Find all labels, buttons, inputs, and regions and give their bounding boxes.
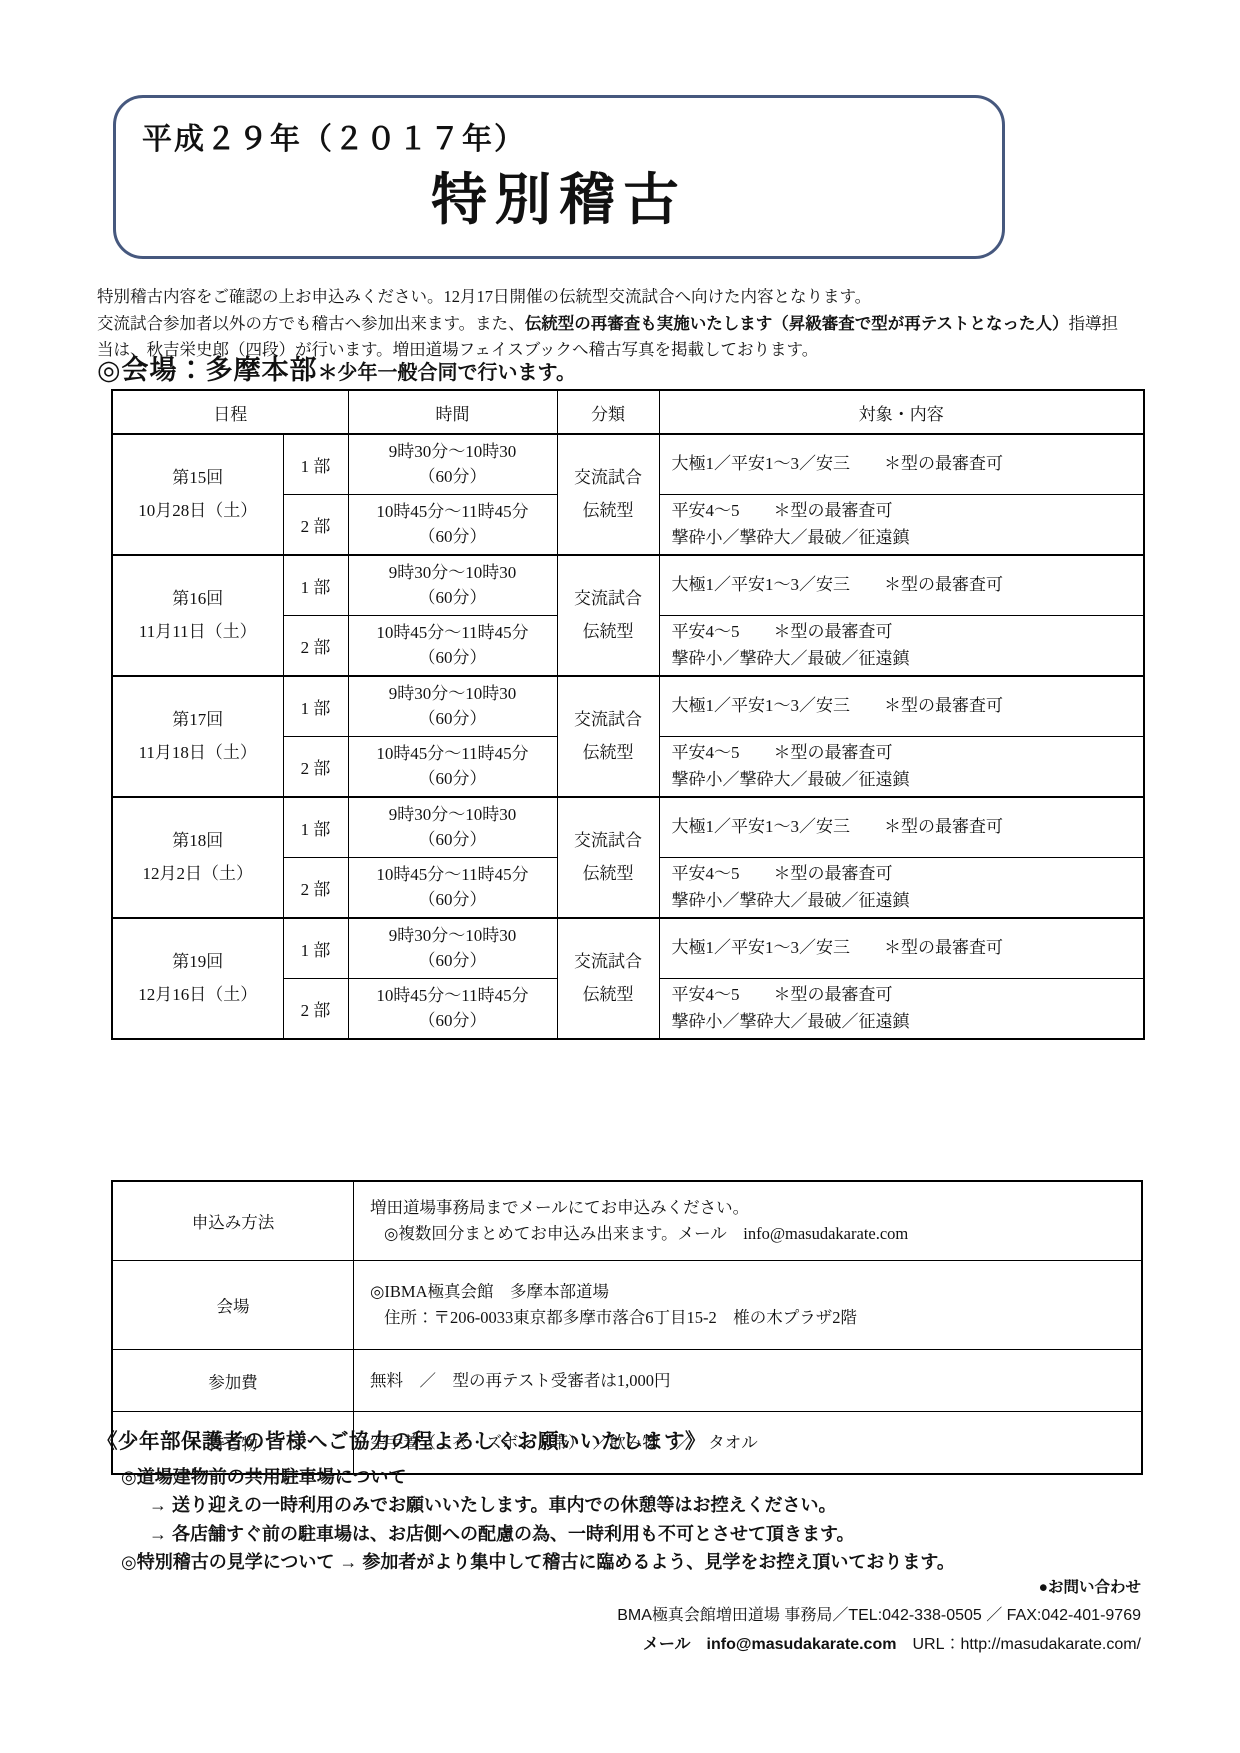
session-category-1: 交流試合 xyxy=(558,462,659,494)
part2-content-line1: 平安4～5 ＊型の最審査可 xyxy=(672,982,1144,1008)
part2-label-cell: 2 部 xyxy=(283,616,348,677)
session-round-cell: 第17回 11月18日（土） xyxy=(112,676,283,797)
part1-label-cell: 1 部 xyxy=(283,555,348,616)
part2-label-cell: 2 部 xyxy=(283,495,348,556)
contact-email: メール info@masudakarate.com xyxy=(643,1636,897,1653)
intro-line-2: 交流試合参加者以外の方でも稽古へ参加出来ます。また、伝統型の再審査も実施いたしま… xyxy=(97,311,1147,338)
session-category-2: 伝統型 xyxy=(558,737,659,769)
parents-note-item-parking: ◎道場建物前の共用駐車場について xyxy=(97,1463,1157,1491)
venue-heading-main: ◎会場：多摩本部 xyxy=(97,355,318,385)
session-category-cell: 交流試合 伝統型 xyxy=(557,918,659,1039)
session-date: 10月28日（土） xyxy=(113,495,283,527)
contact-phone-line: BMA極真会館増田道場 事務局／TEL:042-338-0505 ／ FAX:0… xyxy=(617,1602,1141,1631)
part2-label-cell: 2 部 xyxy=(283,979,348,1040)
session-round: 第17回 xyxy=(113,704,283,736)
col-header-time: 時間 xyxy=(348,390,557,434)
session-category-cell: 交流試合 伝統型 xyxy=(557,797,659,918)
part1-label-cell: 1 部 xyxy=(283,676,348,737)
info-row-apply: 申込み方法 増田道場事務局までメールにてお申込みください。 ◎複数回分まとめてお… xyxy=(112,1181,1142,1261)
info-fee-line1: 無料 ／ 型の再テスト受審者は1,000円 xyxy=(370,1368,1131,1394)
session-date: 11月18日（土） xyxy=(113,737,283,769)
info-row-fee: 参加費 無料 ／ 型の再テスト受審者は1,000円 xyxy=(112,1350,1142,1412)
part1-content-cell: 大極1／平安1～3／安三 ＊型の最審査可 xyxy=(659,555,1144,616)
info-label-fee: 参加費 xyxy=(112,1350,354,1412)
session-category-1: 交流試合 xyxy=(558,704,659,736)
part2-label-cell: 2 部 xyxy=(283,858,348,919)
part2-time-cell: 10時45分～11時45分 （60分） xyxy=(348,616,557,677)
part1-label-cell: 1 部 xyxy=(283,434,348,495)
part2-content-line1: 平安4～5 ＊型の最審査可 xyxy=(672,498,1144,524)
part2-time-duration: （60分） xyxy=(349,767,557,792)
part1-time-range: 9時30分～10時30 xyxy=(349,803,557,828)
part2-content-cell: 平安4～5 ＊型の最審査可 撃砕小／撃砕大／最破／征遠鎮 xyxy=(659,979,1144,1040)
part1-time-cell: 9時30分～10時30 （60分） xyxy=(348,555,557,616)
part2-time-cell: 10時45分～11時45分 （60分） xyxy=(348,858,557,919)
col-header-target: 対象・内容 xyxy=(659,390,1144,434)
session-date: 12月2日（土） xyxy=(113,858,283,890)
info-apply-line1: 増田道場事務局までメールにてお申込みください。 xyxy=(370,1195,1131,1221)
session-category-2: 伝統型 xyxy=(558,979,659,1011)
session-round: 第18回 xyxy=(113,825,283,857)
part1-label-cell: 1 部 xyxy=(283,797,348,858)
part1-time-cell: 9時30分～10時30 （60分） xyxy=(348,797,557,858)
part1-time-range: 9時30分～10時30 xyxy=(349,440,557,465)
venue-heading: ◎会場：多摩本部＊少年一般合同で行います。 xyxy=(97,348,1147,387)
parents-note-item-shops: → 各店舗すぐ前の駐車場は、お店側への配慮の為、一時利用も不可とさせて頂きます。 xyxy=(97,1520,1157,1548)
session-round: 第15回 xyxy=(113,462,283,494)
session-row-part1: 第18回 12月2日（土） 1 部 9時30分～10時30 （60分） 交流試合… xyxy=(112,797,1144,858)
parents-note-section: 《少年部保護者の皆様へご協力の程よろしくお願いいたします》 ◎道場建物前の共用駐… xyxy=(97,1424,1157,1577)
part2-content-line2: 撃砕小／撃砕大／最破／征遠鎮 xyxy=(672,888,1144,914)
part1-time-duration: （60分） xyxy=(349,586,557,611)
part1-label-cell: 1 部 xyxy=(283,918,348,979)
era-label: 平成２９年（２０１７年） xyxy=(142,114,526,158)
part1-time-duration: （60分） xyxy=(349,465,557,490)
part2-time-duration: （60分） xyxy=(349,1009,557,1034)
part2-content-cell: 平安4～5 ＊型の最審査可 撃砕小／撃砕大／最破／征遠鎮 xyxy=(659,858,1144,919)
part1-time-cell: 9時30分～10時30 （60分） xyxy=(348,918,557,979)
parents-note-heading: 《少年部保護者の皆様へご協力の程よろしくお願いいたします》 xyxy=(97,1424,1157,1454)
part2-time-cell: 10時45分～11時45分 （60分） xyxy=(348,979,557,1040)
part2-content-line2: 撃砕小／撃砕大／最破／征遠鎮 xyxy=(672,525,1144,551)
part2-time-duration: （60分） xyxy=(349,646,557,671)
session-category-2: 伝統型 xyxy=(558,858,659,890)
intro-line-2-pre: 交流試合参加者以外の方でも稽古へ参加出来ます。また、 xyxy=(97,314,525,333)
part1-content-cell: 大極1／平安1～3／安三 ＊型の最審査可 xyxy=(659,676,1144,737)
session-round-cell: 第19回 12月16日（土） xyxy=(112,918,283,1039)
part2-time-range: 10時45分～11時45分 xyxy=(349,863,557,888)
session-round: 第16回 xyxy=(113,583,283,615)
info-value-apply: 増田道場事務局までメールにてお申込みください。 ◎複数回分まとめてお申込み出来ま… xyxy=(354,1181,1143,1261)
session-round-cell: 第16回 11月11日（土） xyxy=(112,555,283,676)
session-category-cell: 交流試合 伝統型 xyxy=(557,555,659,676)
doc-title: 特別稽古 xyxy=(116,156,1002,236)
session-category-2: 伝統型 xyxy=(558,616,659,648)
contact-url: URL：http://masudakarate.com/ xyxy=(896,1636,1141,1653)
part2-content-cell: 平安4～5 ＊型の最審査可 撃砕小／撃砕大／最破／征遠鎮 xyxy=(659,495,1144,556)
session-round-cell: 第18回 12月2日（土） xyxy=(112,797,283,918)
session-round: 第19回 xyxy=(113,946,283,978)
part2-content-line1: 平安4～5 ＊型の最審査可 xyxy=(672,619,1144,645)
intro-line-2-post: 指導担 xyxy=(1069,314,1119,333)
session-date: 12月16日（土） xyxy=(113,979,283,1011)
session-category-cell: 交流試合 伝統型 xyxy=(557,676,659,797)
schedule-table: 日程 時間 分類 対象・内容 第15回 10月28日（土） 1 部 9時30分～… xyxy=(111,389,1145,1040)
part2-content-line2: 撃砕小／撃砕大／最破／征遠鎮 xyxy=(672,767,1144,793)
venue-heading-note: ＊少年一般合同で行います。 xyxy=(318,362,576,384)
part1-time-cell: 9時30分～10時30 （60分） xyxy=(348,676,557,737)
part1-time-range: 9時30分～10時30 xyxy=(349,561,557,586)
session-category-2: 伝統型 xyxy=(558,495,659,527)
part1-time-cell: 9時30分～10時30 （60分） xyxy=(348,434,557,495)
part1-time-duration: （60分） xyxy=(349,949,557,974)
session-round-cell: 第15回 10月28日（土） xyxy=(112,434,283,555)
contact-email-line: メール info@masudakarate.com URL：http://mas… xyxy=(617,1631,1141,1660)
part2-time-cell: 10時45分～11時45分 （60分） xyxy=(348,495,557,556)
info-value-venue: ◎IBMA極真会館 多摩本部道場 住所：〒206-0033東京都多摩市落合6丁目… xyxy=(354,1261,1143,1350)
part1-time-range: 9時30分～10時30 xyxy=(349,924,557,949)
session-category-1: 交流試合 xyxy=(558,825,659,857)
part2-content-line2: 撃砕小／撃砕大／最破／征遠鎮 xyxy=(672,1009,1144,1035)
col-header-date: 日程 xyxy=(112,390,348,434)
session-category-1: 交流試合 xyxy=(558,946,659,978)
part2-time-range: 10時45分～11時45分 xyxy=(349,742,557,767)
part2-time-range: 10時45分～11時45分 xyxy=(349,621,557,646)
session-row-part1: 第16回 11月11日（土） 1 部 9時30分～10時30 （60分） 交流試… xyxy=(112,555,1144,616)
part1-time-range: 9時30分～10時30 xyxy=(349,682,557,707)
title-box: 平成２９年（２０１７年） 特別稽古 xyxy=(113,95,1005,259)
part1-content-cell: 大極1／平安1～3／安三 ＊型の最審査可 xyxy=(659,918,1144,979)
schedule-header-row: 日程 時間 分類 対象・内容 xyxy=(112,390,1144,434)
part1-content-cell: 大極1／平安1～3／安三 ＊型の最審査可 xyxy=(659,434,1144,495)
session-row-part1: 第17回 11月18日（土） 1 部 9時30分～10時30 （60分） 交流試… xyxy=(112,676,1144,737)
part1-content-cell: 大極1／平安1～3／安三 ＊型の最審査可 xyxy=(659,797,1144,858)
part2-content-line1: 平安4～5 ＊型の最審査可 xyxy=(672,740,1144,766)
footer-contact: ●お問い合わせ BMA極真会館増田道場 事務局／TEL:042-338-0505… xyxy=(617,1574,1141,1659)
part2-time-cell: 10時45分～11時45分 （60分） xyxy=(348,737,557,798)
info-value-fee: 無料 ／ 型の再テスト受審者は1,000円 xyxy=(354,1350,1143,1412)
session-row-part1: 第19回 12月16日（土） 1 部 9時30分～10時30 （60分） 交流試… xyxy=(112,918,1144,979)
session-row-part1: 第15回 10月28日（土） 1 部 9時30分～10時30 （60分） 交流試… xyxy=(112,434,1144,495)
info-venue-line2: 住所：〒206-0033東京都多摩市落合6丁目15-2 椎の木プラザ2階 xyxy=(370,1305,1131,1331)
part2-label-cell: 2 部 xyxy=(283,737,348,798)
col-header-category: 分類 xyxy=(557,390,659,434)
session-category-cell: 交流試合 伝統型 xyxy=(557,434,659,555)
part2-content-cell: 平安4～5 ＊型の最審査可 撃砕小／撃砕大／最破／征遠鎮 xyxy=(659,737,1144,798)
info-venue-line1: ◎IBMA極真会館 多摩本部道場 xyxy=(370,1279,1131,1305)
session-category-1: 交流試合 xyxy=(558,583,659,615)
part2-time-range: 10時45分～11時45分 xyxy=(349,500,557,525)
part2-content-cell: 平安4～5 ＊型の最審査可 撃砕小／撃砕大／最破／征遠鎮 xyxy=(659,616,1144,677)
part2-time-range: 10時45分～11時45分 xyxy=(349,984,557,1009)
intro-line-2-bold: 伝統型の再審査も実施いたします（昇級審査で型が再テストとなった人） xyxy=(525,314,1069,333)
contact-heading: ●お問い合わせ xyxy=(617,1574,1141,1602)
info-label-apply: 申込み方法 xyxy=(112,1181,354,1261)
info-apply-line2: ◎複数回分まとめてお申込み出来ます。メール info@masudakarate.… xyxy=(370,1221,1131,1247)
info-label-venue: 会場 xyxy=(112,1261,354,1350)
part2-time-duration: （60分） xyxy=(349,888,557,913)
info-row-venue: 会場 ◎IBMA極真会館 多摩本部道場 住所：〒206-0033東京都多摩市落合… xyxy=(112,1261,1142,1350)
part2-content-line2: 撃砕小／撃砕大／最破／征遠鎮 xyxy=(672,646,1144,672)
parents-note-item-observation: ◎特別稽古の見学について → 参加者がより集中して稽古に臨めるよう、見学をお控え… xyxy=(97,1548,1157,1576)
parents-note-item-pickup: → 送り迎えの一時利用のみでお願いいたします。車内での休憩等はお控えください。 xyxy=(97,1491,1157,1519)
part2-content-line1: 平安4～5 ＊型の最審査可 xyxy=(672,861,1144,887)
intro-line-1: 特別稽古内容をご確認の上お申込みください。12月17日開催の伝統型交流試合へ向け… xyxy=(97,284,1147,311)
part1-time-duration: （60分） xyxy=(349,707,557,732)
part1-time-duration: （60分） xyxy=(349,828,557,853)
part2-time-duration: （60分） xyxy=(349,525,557,550)
session-date: 11月11日（土） xyxy=(113,616,283,648)
